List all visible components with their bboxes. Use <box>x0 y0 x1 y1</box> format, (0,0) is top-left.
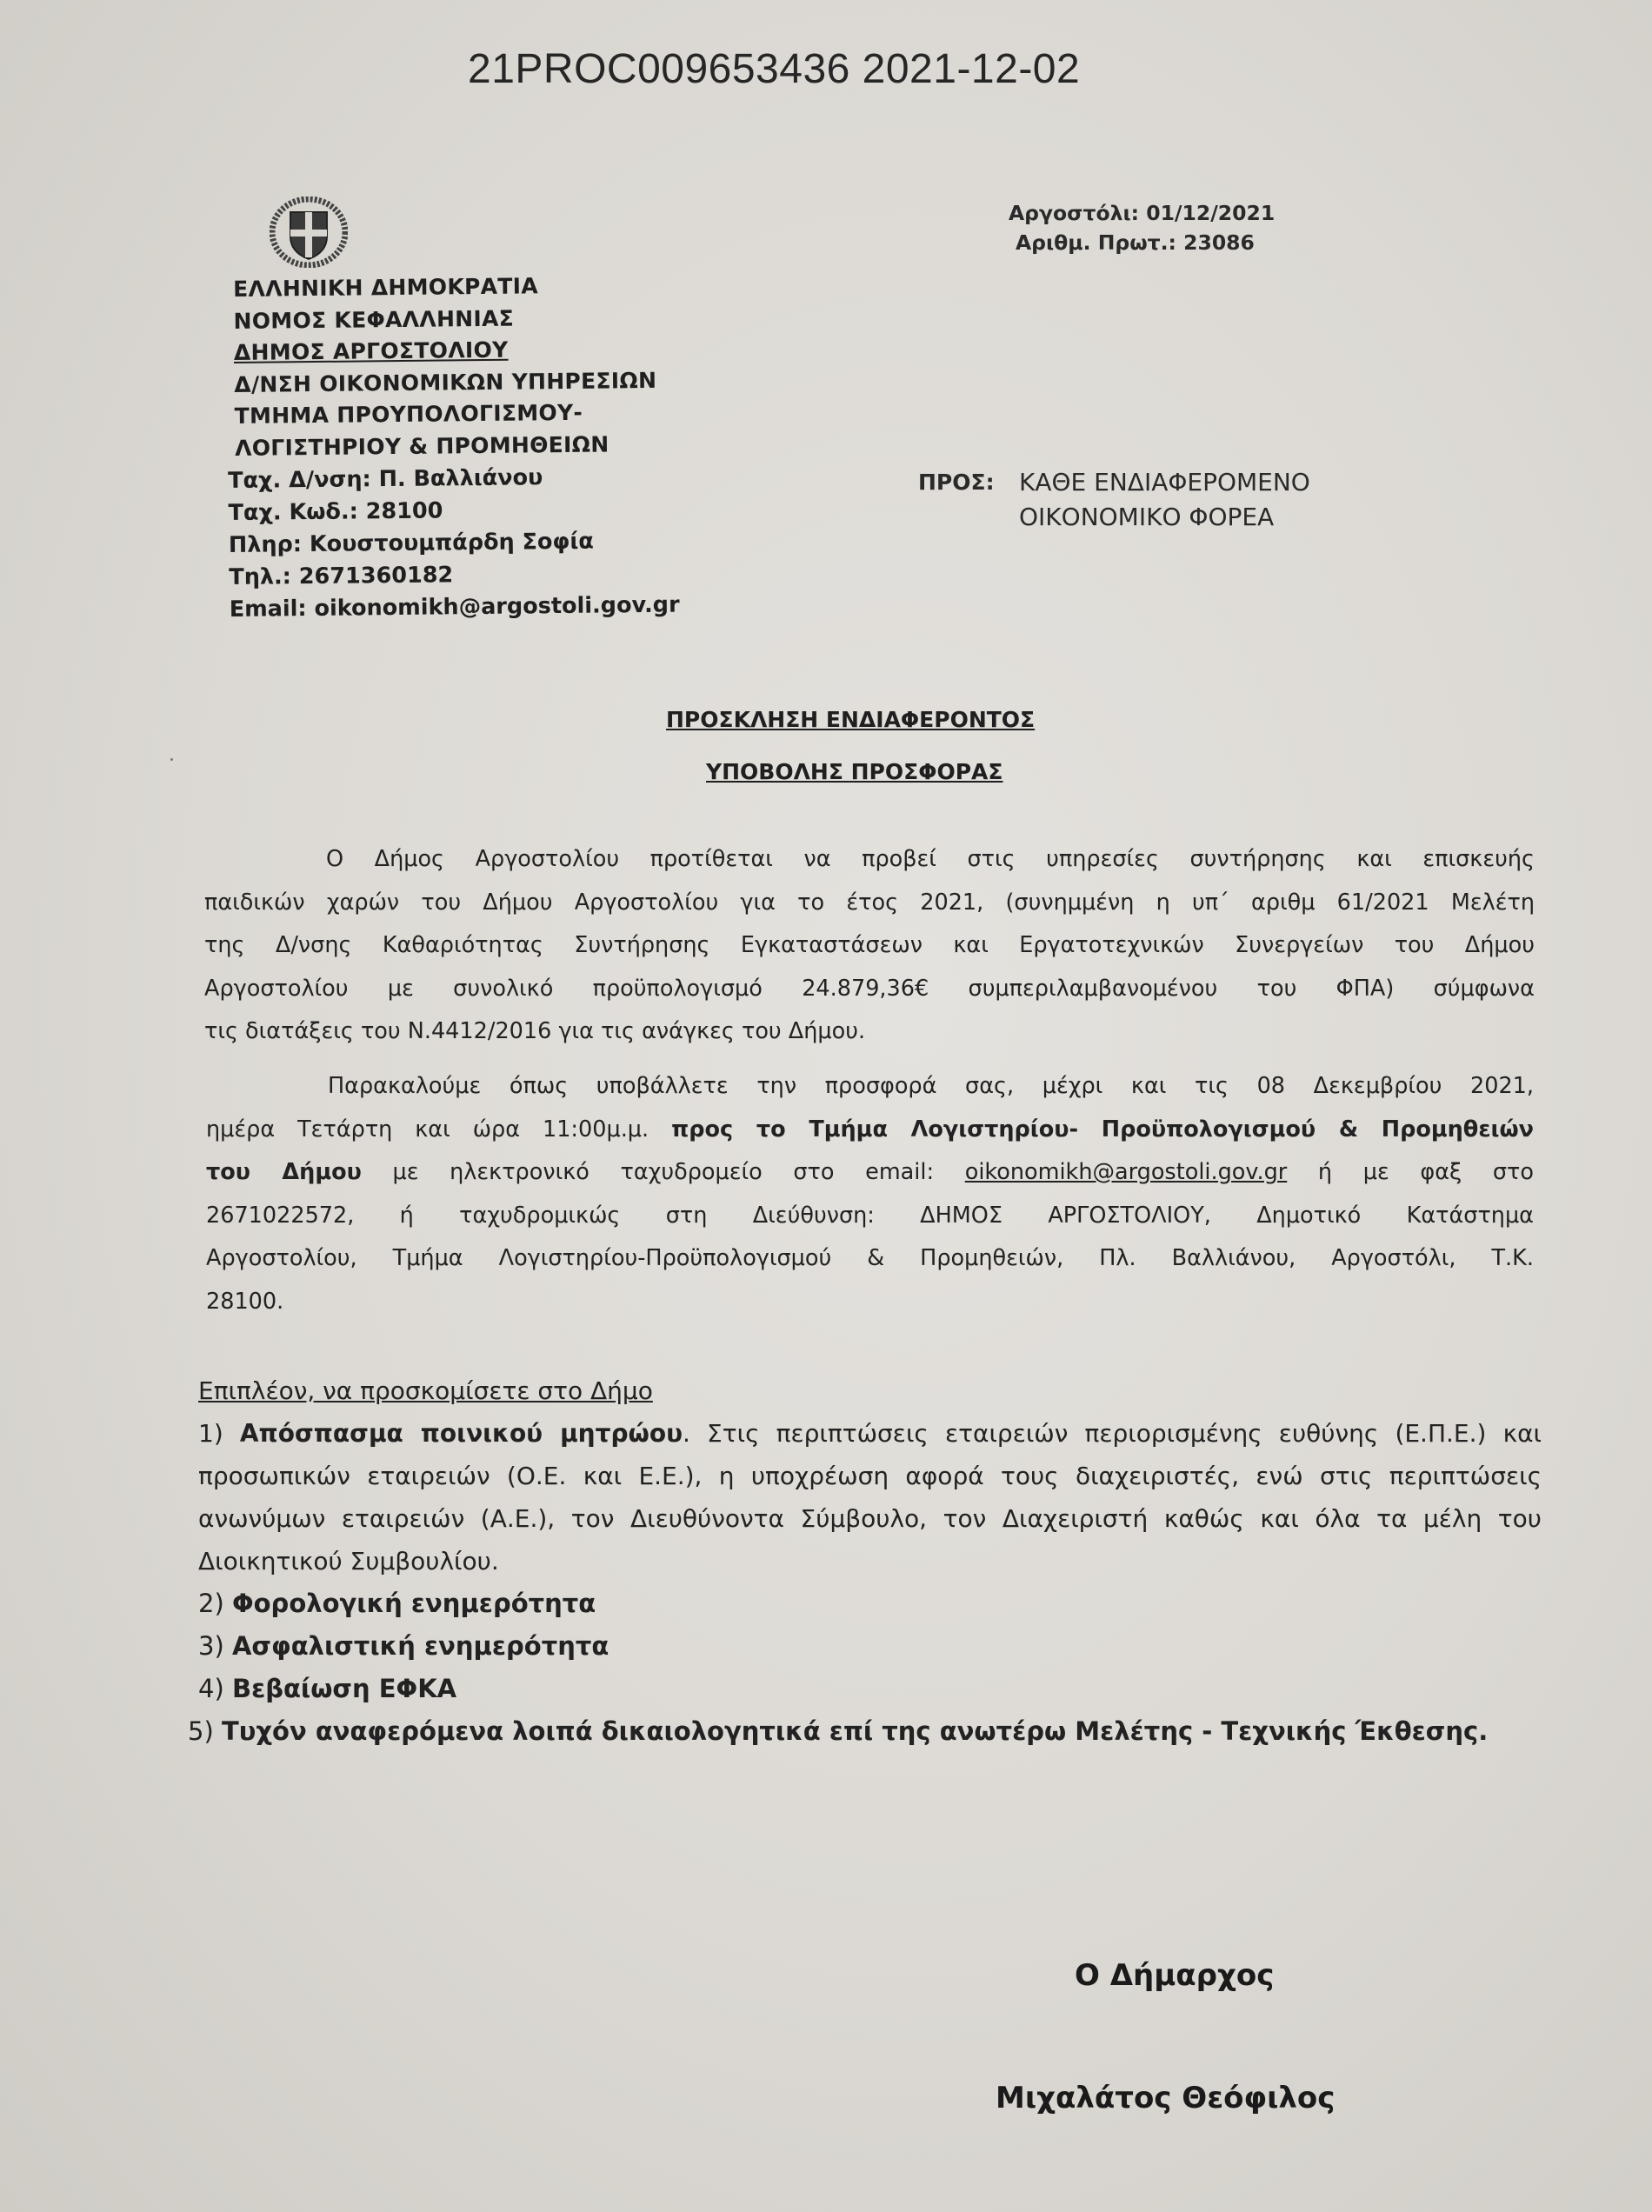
greek-coat-of-arms-icon <box>270 197 348 268</box>
postal-code: Ταχ. Κωδ.: 28100 <box>228 493 678 530</box>
municipality-emphasis: του Δήμου <box>206 1159 362 1185</box>
signatory-role: Ο Δήμαρχος <box>1075 1958 1274 1993</box>
recipient-line1: ΚΑΘΕ ΕΝΔΙΑΦΕΡΟΜΕΝΟ <box>1019 465 1310 500</box>
paragraph-line: 28100. <box>206 1281 1534 1324</box>
issuer-prefecture: ΝΟΜΟΣ ΚΕΦΑΛΛΗΝΙΑΣ <box>233 301 656 337</box>
department-emphasis: προς το Τμήμα Λογιστηρίου- Προϋπολογισμο… <box>671 1116 1534 1143</box>
issuer-contact: Ταχ. Δ/νση: Π. Βαλλιάνου Ταχ. Κωδ.: 2810… <box>228 461 680 626</box>
requirement-item-5: 5) Τυχόν αναφερόμενα λοιπά δικαιολογητικ… <box>188 1710 1542 1753</box>
paragraph-line: 2671022572, ή ταχυδρομικώς στη Διεύθυνση… <box>206 1195 1534 1238</box>
issuer-country: ΕΛΛΗΝΙΚΗ ΔΗΜΟΚΡΑΤΙΑ <box>233 270 656 306</box>
requirement-item-4: 4) Βεβαίωση ΕΦΚΑ <box>198 1668 1542 1710</box>
paragraph-line: Αργοστολίου με συνολικό προϋπολογισμό 24… <box>204 968 1535 1011</box>
requirement-item-3: 3) Ασφαλιστική ενημερότητα <box>198 1625 1542 1668</box>
paragraph-line: Αργοστολίου, Τμήμα Λογιστηρίου-Προϋπολογ… <box>206 1237 1534 1281</box>
requirement-item-1-cont: Διοικητικού Συμβουλίου. <box>198 1540 1542 1582</box>
phone: Τηλ.: 2671360182 <box>229 557 679 594</box>
date-protocol-block: Αργοστόλι: 01/12/2021 Αριθμ. Πρωτ.: 2308… <box>1009 198 1275 257</box>
requirements-intro: Επιπλέον, να προσκομίσετε στο Δήμο <box>198 1369 1542 1412</box>
paragraph-line: παιδικών χαρών του Δήμου Αργοστολίου για… <box>204 882 1535 925</box>
issuer-department-line2: ΛΟΓΙΣΤΗΡΙΟΥ & ΠΡΟΜΗΘΕΙΩΝ <box>235 428 657 464</box>
requirement-item-1-cont: ανωνύμων εταιρειών (Α.Ε.), τον Διευθύνον… <box>198 1497 1542 1540</box>
requirement-item-1: 1) Απόσπασμα ποινικού μητρώου. Στις περι… <box>198 1412 1542 1455</box>
paragraph-line: Ο Δήμος Αργοστολίου προτίθεται να προβεί… <box>204 838 1535 882</box>
paragraph-line: του Δήμου με ηλεκτρονικό ταχυδρομείο στο… <box>206 1151 1534 1195</box>
email-link[interactable]: oikonomikh@argostoli.gov.gr <box>965 1159 1288 1185</box>
issuer-header: ΕΛΛΗΝΙΚΗ ΔΗΜΟΚΡΑΤΙΑ ΝΟΜΟΣ ΚΕΦΑΛΛΗΝΙΑΣ ΔΗ… <box>233 270 657 464</box>
requirement-item-2: 2) Φορολογική ενημερότητα <box>198 1582 1542 1625</box>
recipient-label: ΠΡΟΣ: <box>918 470 995 495</box>
recipient-line2: ΟΙΚΟΝΟΜΙΚΟ ΦΟΡΕΑ <box>1019 500 1310 535</box>
paragraph-line: τις διατάξεις του Ν.4412/2016 για τις αν… <box>204 1010 1535 1054</box>
signatory-name: Μιχαλάτος Θεόφιλος <box>996 2081 1335 2115</box>
paragraph-line: της Δ/νσης Καθαριότητας Συντήρησης Εγκατ… <box>204 924 1535 968</box>
reference-stamp: 21PROC009653436 2021-12-02 <box>468 45 1080 93</box>
issuer-directorate: Δ/ΝΣΗ ΟΙΚΟΝΟΜΙΚΩΝ ΥΠΗΡΕΣΙΩΝ <box>234 364 656 401</box>
document-title-line2: ΥΠΟΒΟΛΗΣ ΠΡΟΣΦΟΡΑΣ <box>706 759 1003 784</box>
protocol-number: Αριθμ. Πρωτ.: 23086 <box>1009 228 1275 257</box>
document-title-line1: ΠΡΟΣΚΛΗΣΗ ΕΝΔΙΑΦΕΡΟΝΤΟΣ <box>666 707 1035 732</box>
email: Email: oikonomikh@argostoli.gov.gr <box>230 590 680 626</box>
paragraph-line: Παρακαλούμε όπως υποβάλλετε την προσφορά… <box>206 1065 1534 1109</box>
postal-address: Ταχ. Δ/νση: Π. Βαλλιάνου <box>228 461 678 497</box>
issuer-department-line1: ΤΜΗΜΑ ΠΡΟΥΠΟΛΟΓΙΣΜΟΥ- <box>235 396 657 433</box>
requirements-list: Επιπλέον, να προσκομίσετε στο Δήμο 1) Απ… <box>198 1369 1542 1753</box>
paragraph-submission: Παρακαλούμε όπως υποβάλλετε την προσφορά… <box>206 1065 1534 1323</box>
paragraph-line: ημέρα Τετάρτη και ώρα 11:00μ.μ. προς το … <box>206 1109 1534 1152</box>
contact-person: Πληρ: Κουστουμπάρδη Σοφία <box>229 525 679 562</box>
issuer-municipality: ΔΗΜΟΣ ΑΡΓΟΣΤΟΛΙΟΥ <box>234 333 656 370</box>
paper-speck <box>170 758 173 761</box>
recipient: ΚΑΘΕ ΕΝΔΙΑΦΕΡΟΜΕΝΟ ΟΙΚΟΝΟΜΙΚΟ ΦΟΡΕΑ <box>1019 465 1310 535</box>
paragraph-intro: Ο Δήμος Αργοστολίου προτίθεται να προβεί… <box>204 838 1535 1054</box>
document-date: Αργοστόλι: 01/12/2021 <box>1009 198 1275 228</box>
requirement-item-1-cont: προσωπικών εταιρειών (Ο.Ε. και Ε.Ε.), η … <box>198 1455 1542 1497</box>
